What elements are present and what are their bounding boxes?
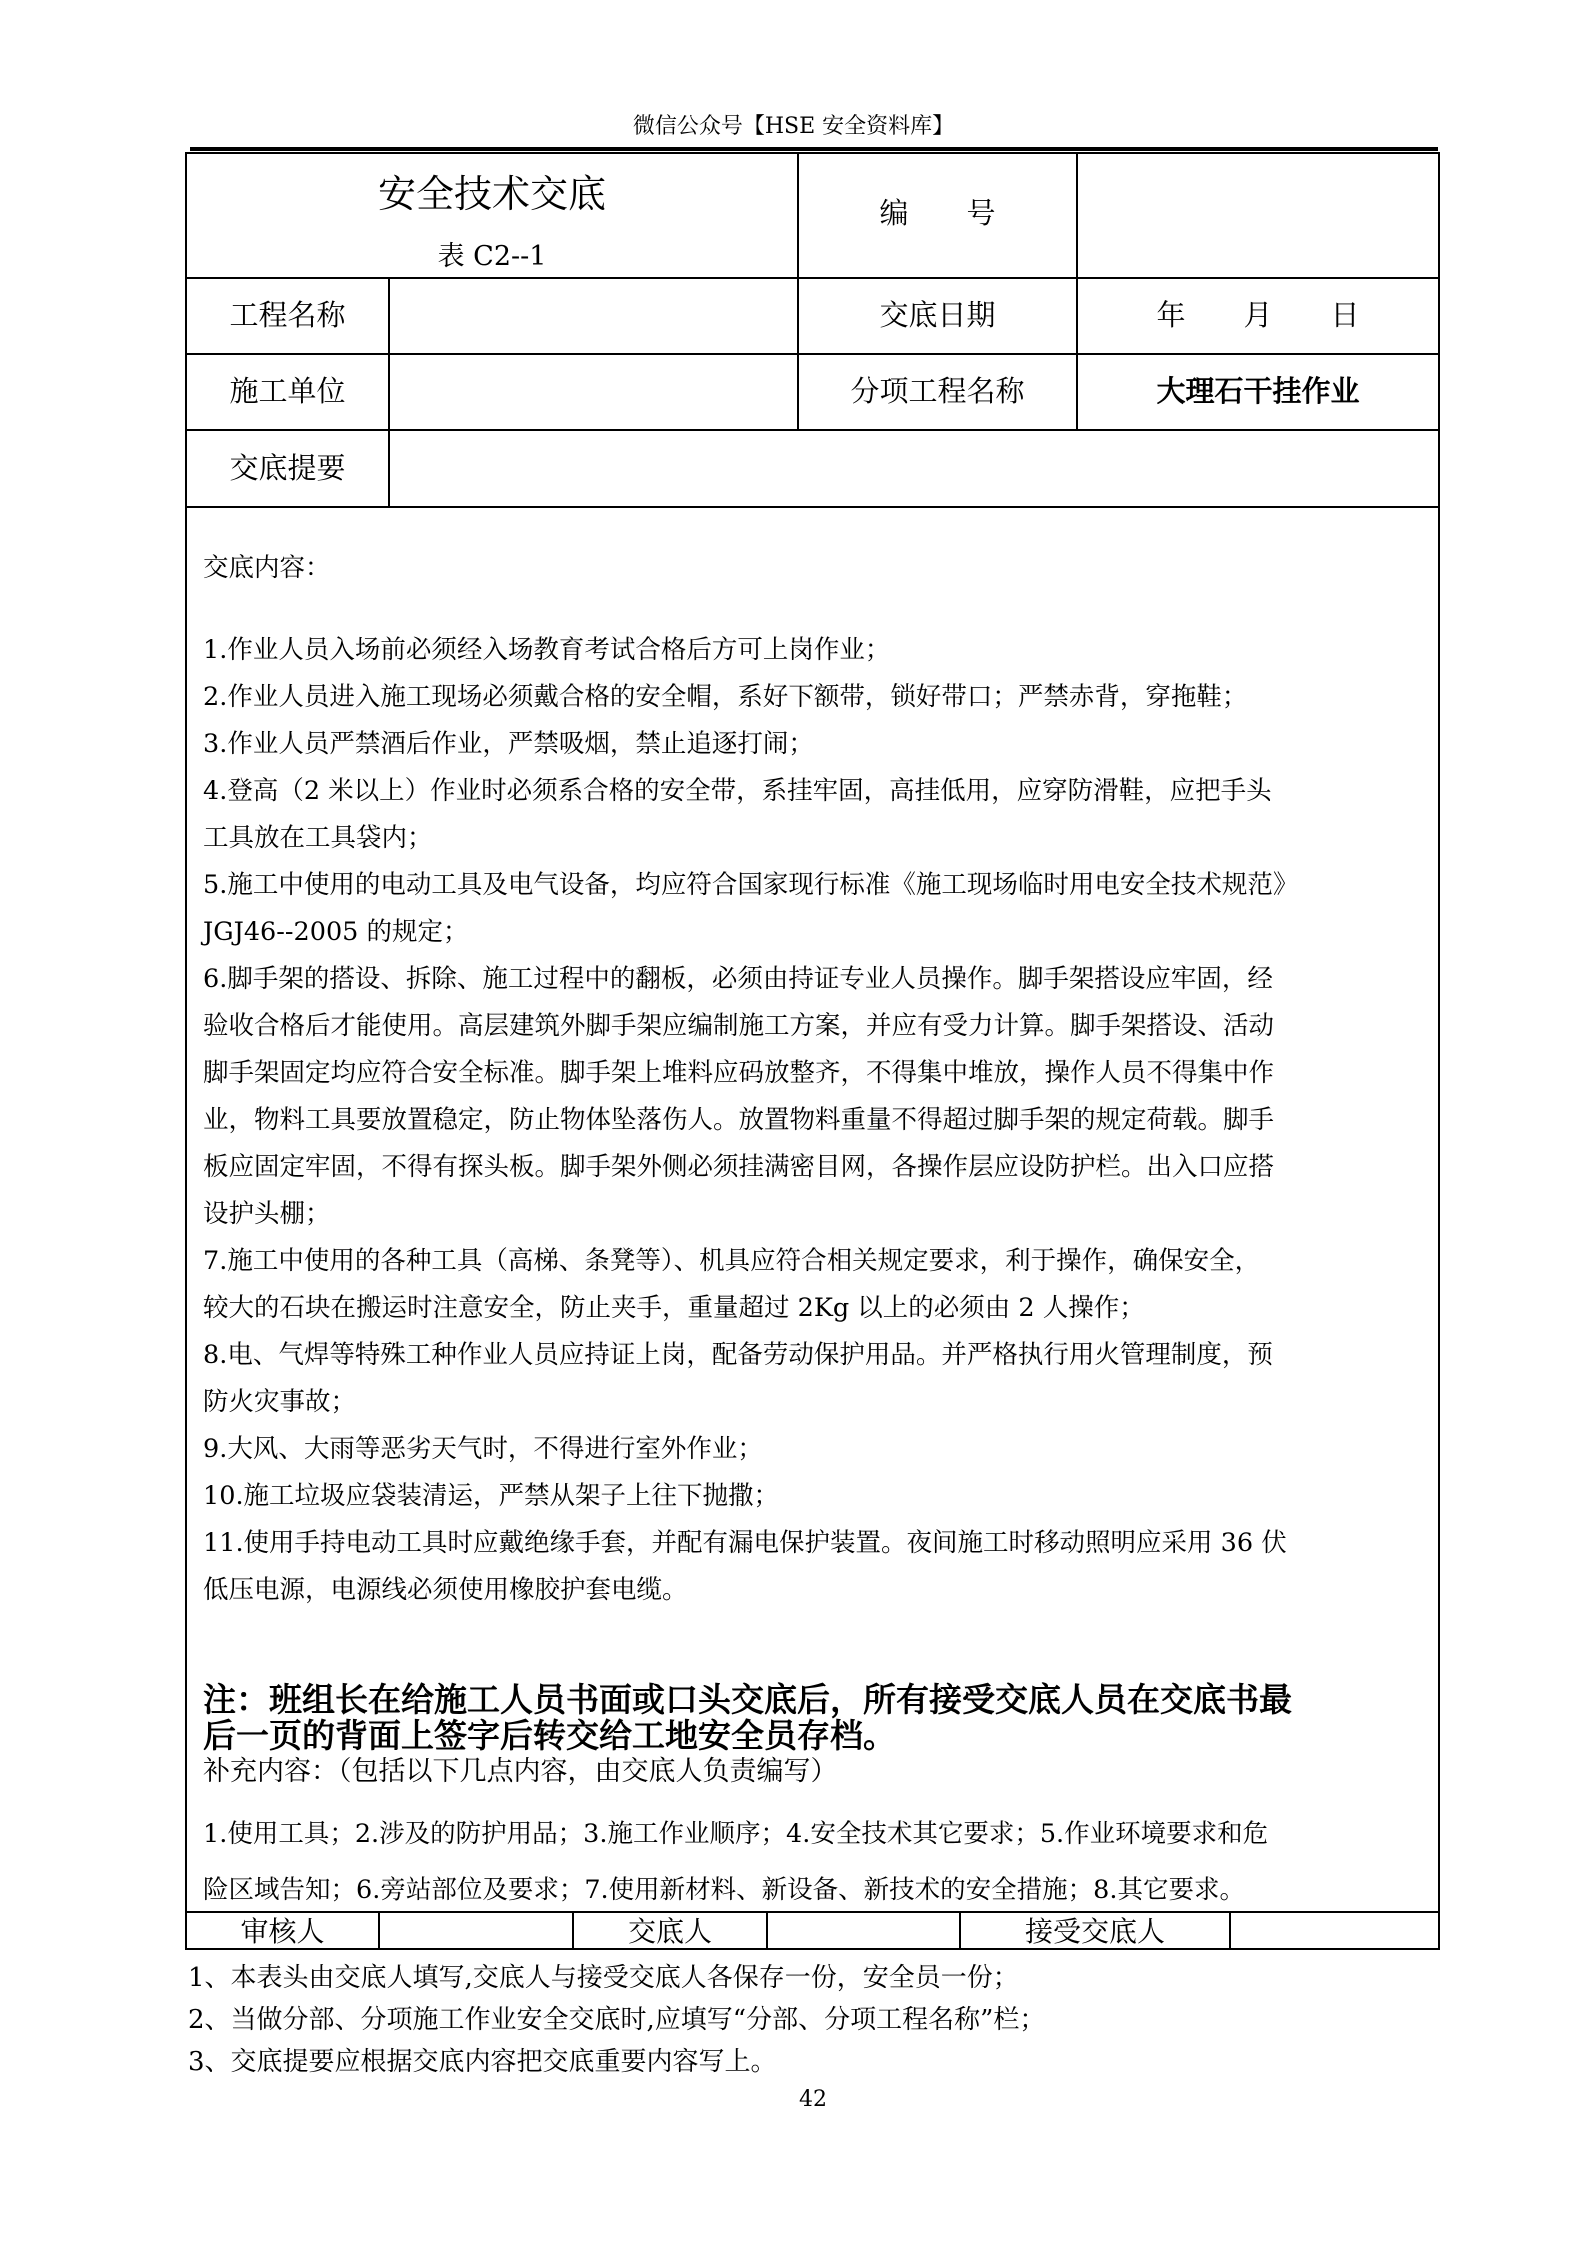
- content-line: 1.作业人员入场前必须经入场教育考试合格后方可上岗作业；: [203, 627, 1435, 674]
- discloser-label: 交底人: [574, 1913, 766, 1950]
- summary-field[interactable]: [390, 451, 1438, 485]
- content-line: 板应固定牢固，不得有探头板。脚手架外侧必须挂满密目网，各操作层应设防护栏。出入口…: [203, 1144, 1435, 1191]
- row-divider: [185, 506, 1440, 508]
- form-code: 表 C2--1: [187, 240, 797, 274]
- content-line: 业，物料工具要放置稳定，防止物体坠落伤人。放置物料重量不得超过脚手架的规定荷载。…: [203, 1097, 1435, 1144]
- row-divider: [185, 429, 1440, 431]
- receiver-label: 接受交底人: [961, 1913, 1229, 1950]
- content-line: 工具放在工具袋内；: [203, 815, 1435, 862]
- note-line-1: 注：班组长在给施工人员书面或口头交底后，所有接受交底人员在交底书最: [203, 1682, 1435, 1718]
- disclosure-items: 1.作业人员入场前必须经入场教育考试合格后方可上岗作业； 2.作业人员进入施工现…: [203, 627, 1435, 1614]
- project-name-field[interactable]: [390, 298, 797, 332]
- contractor-label: 施工单位: [187, 374, 388, 408]
- reviewer-signature-field[interactable]: [380, 1913, 572, 1950]
- page-header-text: 微信公众号【HSE 安全资料库】: [0, 112, 1587, 142]
- subproject-label: 分项工程名称: [799, 374, 1076, 408]
- supplement-line-1: 1.使用工具；2.涉及的防护用品；3.施工作业顺序；4.安全技术其它要求；5.作…: [203, 1804, 1435, 1864]
- content-line: JGJ46--2005 的规定；: [203, 909, 1435, 956]
- content-line: 4.登高（2 米以上）作业时必须系合格的安全带，系挂牢固，高挂低用，应穿防滑鞋，…: [203, 768, 1435, 815]
- form-title: 安全技术交底: [187, 172, 797, 216]
- content-line: 低压电源，电源线必须使用橡胶护套电缆。: [203, 1567, 1435, 1614]
- note-line-2: 后一页的背面上签字后转交给工地安全员存档。: [203, 1718, 1435, 1754]
- content-line: 7.施工中使用的各种工具（高梯、条凳等）、机具应符合相关规定要求，利于操作，确保…: [203, 1238, 1435, 1285]
- footnote-2: 2、当做分部、分项施工作业安全交底时,应填写“分部、分项工程名称”栏；: [188, 1999, 1045, 2041]
- summary-label: 交底提要: [187, 451, 388, 485]
- footnote-1: 1、本表头由交底人填写,交底人与接受交底人各保存一份，安全员一份；: [188, 1957, 1019, 1999]
- page-number: 42: [0, 2086, 1587, 2114]
- supplement-line-2: 险区域告知；6.旁站部位及要求；7.使用新材料、新设备、新技术的安全措施；8.其…: [203, 1860, 1435, 1920]
- content-line: 3.作业人员严禁酒后作业，严禁吸烟，禁止追逐打闹；: [203, 721, 1435, 768]
- content-line: 5.施工中使用的电动工具及电气设备，均应符合国家现行标准《施工现场临时用电安全技…: [203, 862, 1435, 909]
- content-line: 防火灾事故；: [203, 1379, 1435, 1426]
- content-line: 脚手架固定均应符合安全标准。脚手架上堆料应码放整齐，不得集中堆放，操作人员不得集…: [203, 1050, 1435, 1097]
- footnote-3: 3、交底提要应根据交底内容把交底重要内容写上。: [188, 2041, 777, 2083]
- number-label: 编 号: [799, 196, 1076, 230]
- content-line: 6.脚手架的搭设、拆除、施工过程中的翻板，必须由持证专业人员操作。脚手架搭设应牢…: [203, 956, 1435, 1003]
- date-field[interactable]: 年 月 日: [1078, 298, 1438, 332]
- disclosure-content: 交底内容：: [203, 545, 1435, 592]
- receiver-signature-field[interactable]: [1231, 1913, 1438, 1950]
- content-heading: 交底内容：: [203, 545, 1435, 592]
- content-line: 8.电、气焊等特殊工种作业人员应持证上岗，配备劳动保护用品。并严格执行用火管理制…: [203, 1332, 1435, 1379]
- content-line: 9.大风、大雨等恶劣天气时，不得进行室外作业；: [203, 1426, 1435, 1473]
- header-rule: [190, 147, 1438, 151]
- row-divider: [185, 277, 1440, 279]
- number-field[interactable]: [1078, 196, 1438, 230]
- subproject-value: 大理石干挂作业: [1078, 374, 1438, 408]
- reviewer-label: 审核人: [187, 1913, 378, 1950]
- date-label: 交底日期: [799, 298, 1076, 332]
- content-line: 较大的石块在搬运时注意安全，防止夹手，重量超过 2Kg 以上的必须由 2 人操作…: [203, 1285, 1435, 1332]
- project-name-label: 工程名称: [187, 298, 388, 332]
- content-line: 验收合格后才能使用。高层建筑外脚手架应编制施工方案，并应有受力计算。脚手架搭设、…: [203, 1003, 1435, 1050]
- row-divider: [185, 353, 1440, 355]
- discloser-signature-field[interactable]: [768, 1913, 959, 1950]
- content-line: 11.使用手持电动工具时应戴绝缘手套，并配有漏电保护装置。夜间施工时移动照明应采…: [203, 1520, 1435, 1567]
- content-line: 2.作业人员进入施工现场必须戴合格的安全帽，系好下额带，锁好带口；严禁赤背，穿拖…: [203, 674, 1435, 721]
- content-line: 10.施工垃圾应袋装清运，严禁从架子上往下抛撒；: [203, 1473, 1435, 1520]
- contractor-field[interactable]: [390, 374, 797, 408]
- content-line: 设护头棚；: [203, 1191, 1435, 1238]
- supplement-title: 补充内容：（包括以下几点内容，由交底人负责编写）: [203, 1754, 838, 1790]
